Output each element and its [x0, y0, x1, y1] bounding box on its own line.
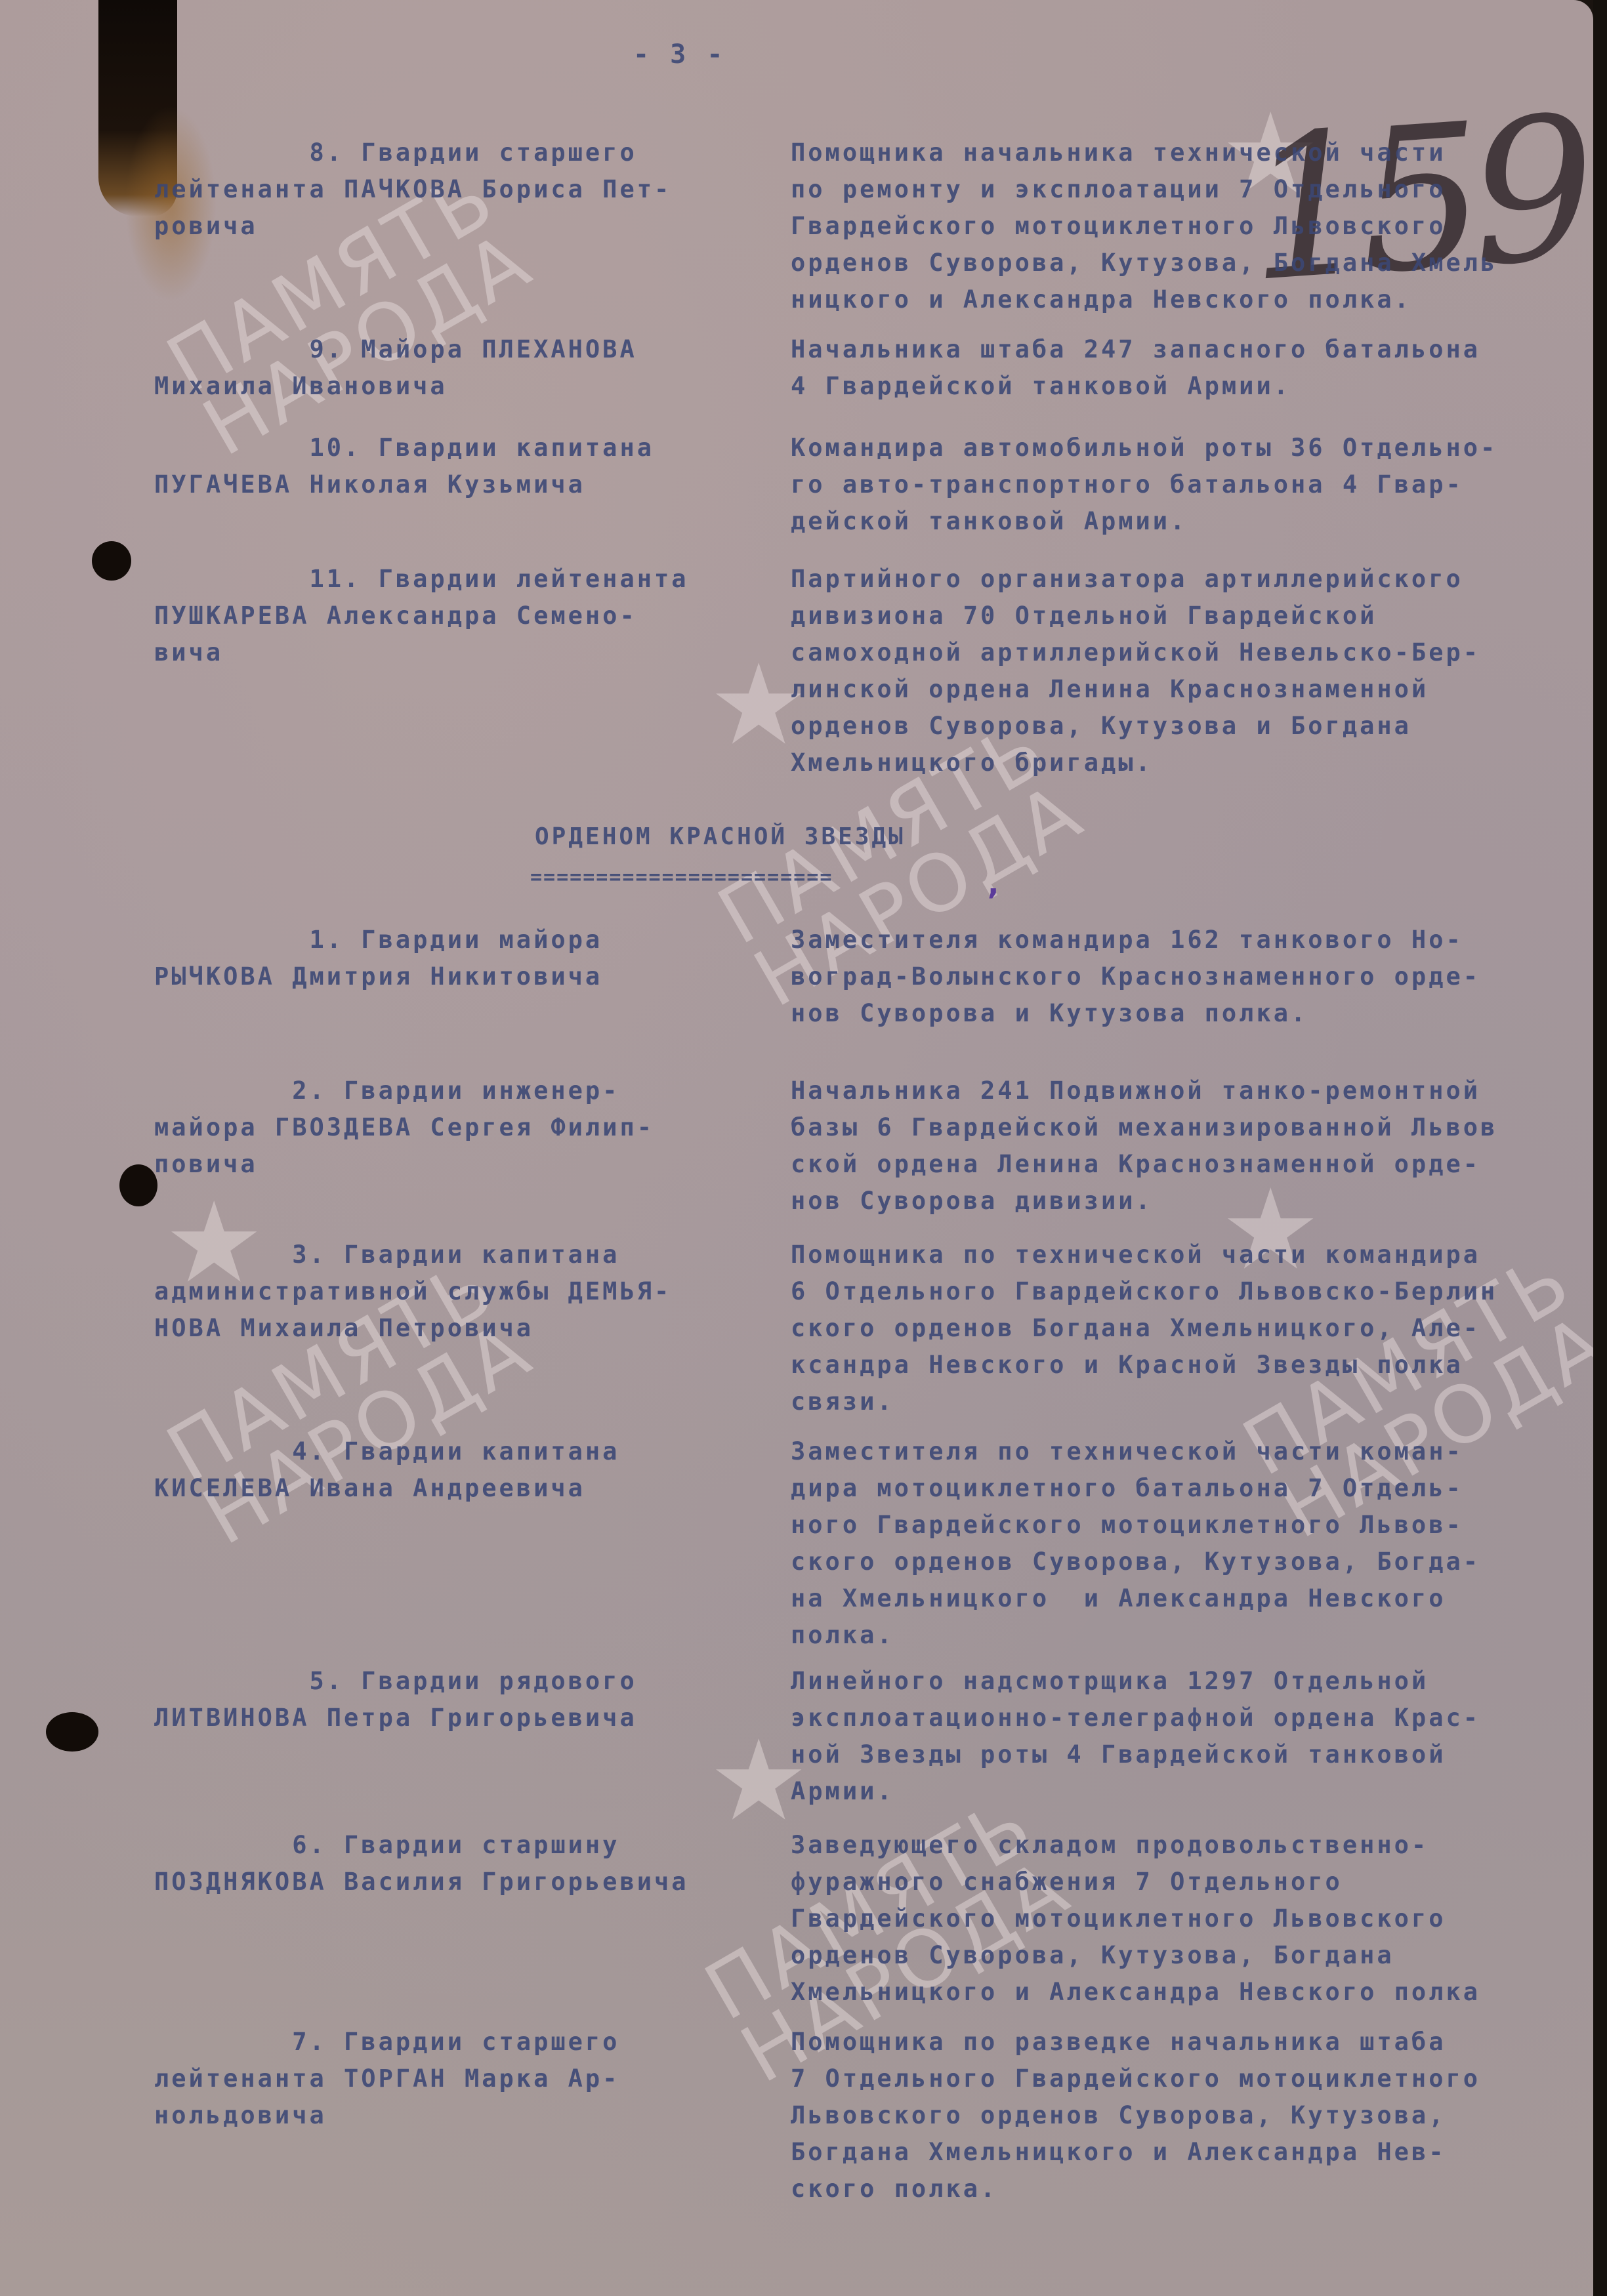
- award-entry-8-position: Помощника начальника технической части п…: [791, 134, 1588, 318]
- page-number: - 3 -: [633, 36, 725, 73]
- red-star-entry-1-name: 1. Гвардии майора РЫЧКОВА Дмитрия Никито…: [154, 922, 745, 995]
- section-heading-underline: =======================: [530, 859, 833, 896]
- red-star-entry-5-name: 5. Гвардии рядового ЛИТВИНОВА Петра Григ…: [154, 1663, 745, 1736]
- award-entry-8-name: 8. Гвардии старшего лейтенанта ПАЧКОВА Б…: [154, 134, 745, 245]
- award-entry-9-position: Начальника штаба 247 запасного батальона…: [791, 331, 1588, 405]
- section-heading: ОРДЕНОМ КРАСНОЙ ЗВЕЗДЫ: [535, 819, 906, 855]
- punch-hole: [46, 1712, 98, 1752]
- red-star-entry-3-name: 3. Гвардии капитана административной слу…: [154, 1237, 745, 1347]
- red-star-entry-6-position: Заведующего складом продовольственно- фу…: [791, 1827, 1588, 2011]
- red-star-entry-2-name: 2. Гвардии инженер- майора ГВОЗДЕВА Серг…: [154, 1073, 745, 1183]
- award-entry-11-name: 11. Гвардии лейтенанта ПУШКАРЕВА Алексан…: [154, 561, 745, 671]
- punch-hole: [92, 541, 131, 581]
- award-entry-11-position: Партийного организатора артиллерийского …: [791, 561, 1588, 781]
- punch-hole: [119, 1164, 157, 1206]
- red-star-entry-4-position: Заместителя по технической части коман- …: [791, 1433, 1588, 1654]
- red-star-entry-1-position: Заместителя командира 162 танкового Но- …: [791, 922, 1588, 1032]
- award-entry-9-name: 9. Майора ПЛЕХАНОВА Михаила Ивановича: [154, 331, 745, 405]
- ink-mark: ,: [988, 866, 999, 901]
- award-entry-10-name: 10. Гвардии капитана ПУГАЧЕВА Николая Ку…: [154, 430, 745, 503]
- red-star-entry-7-name: 7. Гвардии старшего лейтенанта ТОРГАН Ма…: [154, 2024, 745, 2134]
- award-entry-10-position: Командира автомобильной роты 36 Отдельно…: [791, 430, 1588, 540]
- red-star-entry-7-position: Помощника по разведке начальника штаба 7…: [791, 2024, 1588, 2207]
- red-star-entry-2-position: Начальника 241 Подвижной танко-ремонтной…: [791, 1073, 1588, 1220]
- red-star-entry-3-position: Помощника по технической части командира…: [791, 1237, 1588, 1420]
- scan-border: [1593, 0, 1607, 2296]
- red-star-entry-4-name: 4. Гвардии капитана КИСЕЛЕВА Ивана Андре…: [154, 1433, 745, 1507]
- document-page: ПАМЯТЬ НАРОДА ПАМЯТЬ НАРОДА ПАМЯТЬ НАРОД…: [0, 0, 1593, 2296]
- red-star-entry-6-name: 6. Гвардии старшину ПОЗДНЯКОВА Василия Г…: [154, 1827, 745, 1900]
- red-star-entry-5-position: Линейного надсмотрщика 1297 Отдельной эк…: [791, 1663, 1588, 1810]
